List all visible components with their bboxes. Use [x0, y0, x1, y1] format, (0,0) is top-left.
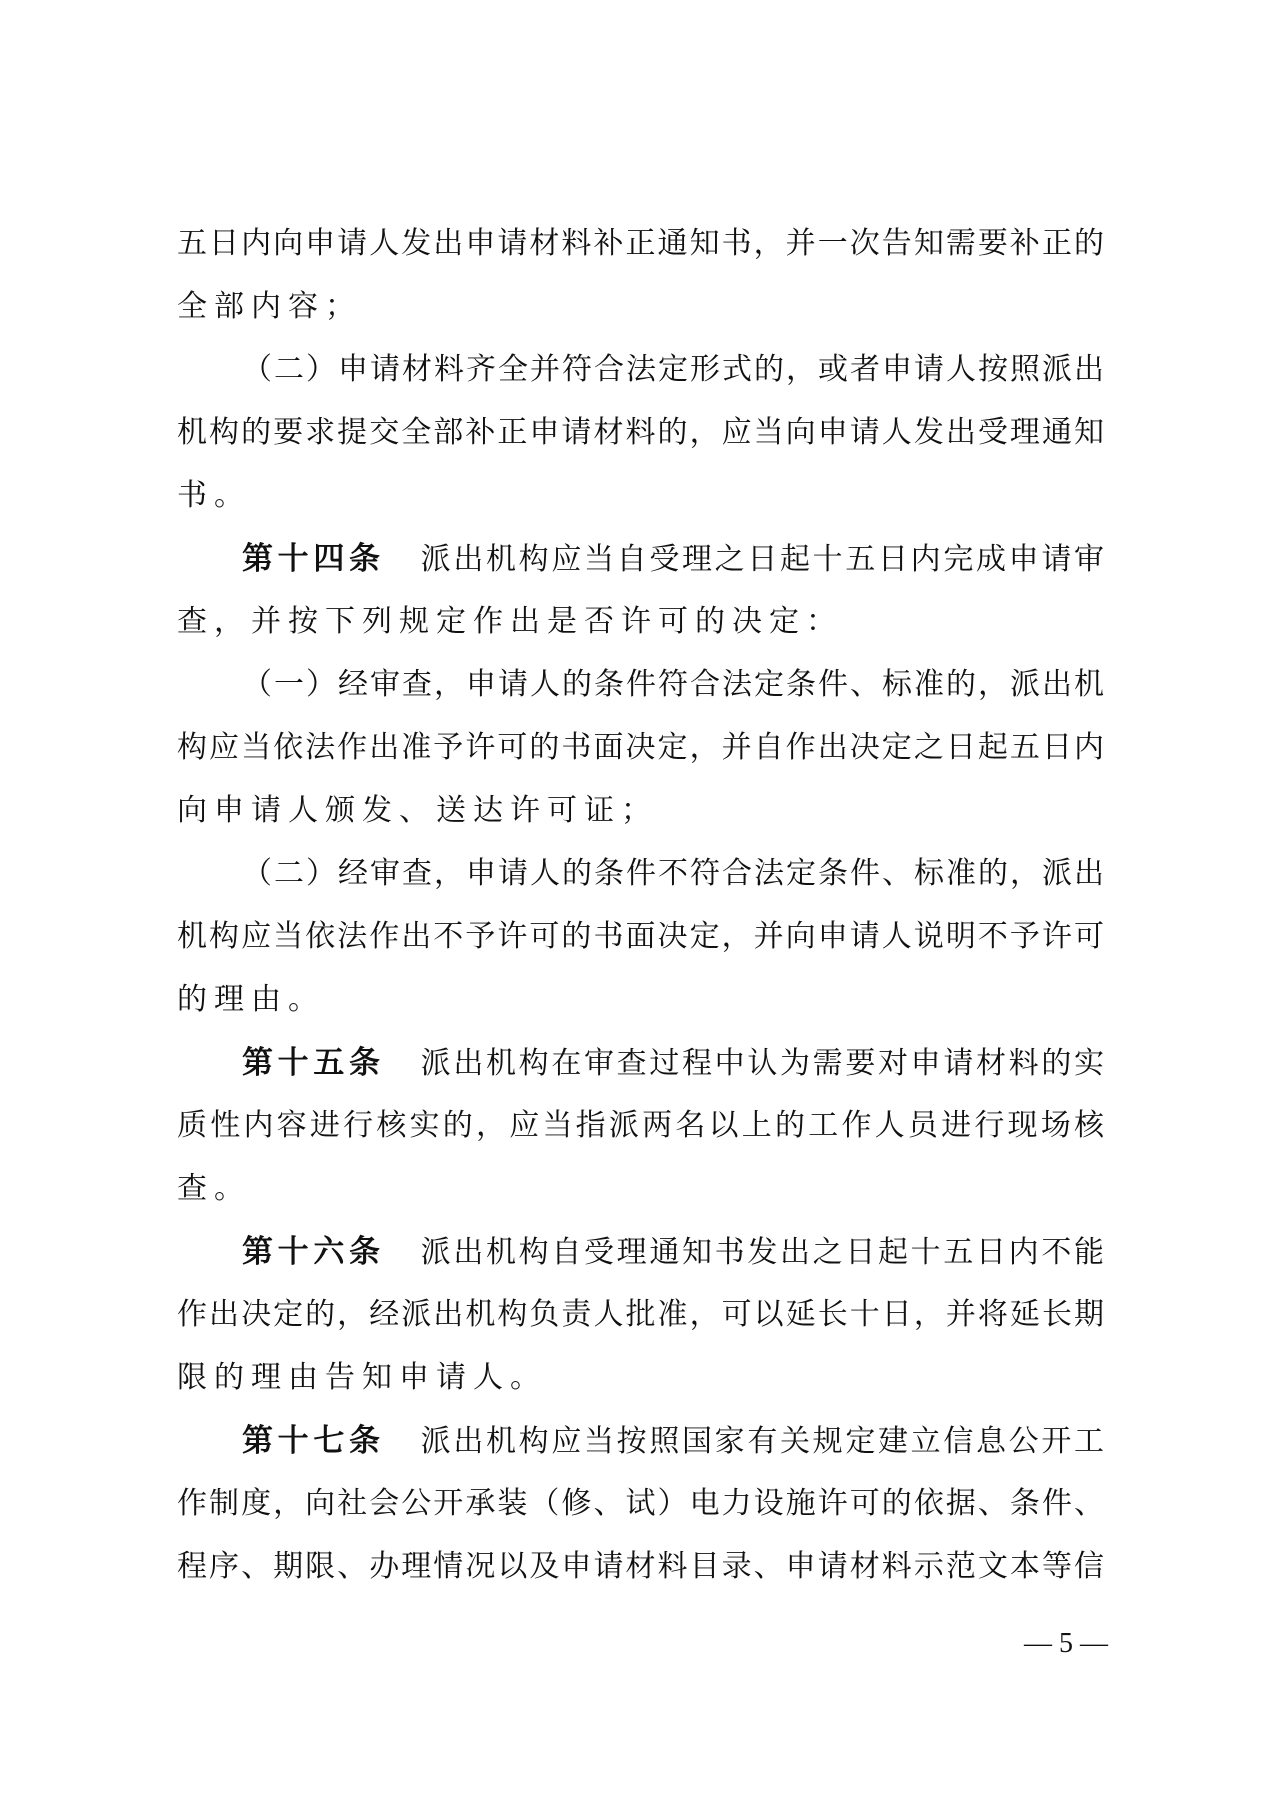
paragraph-line: 机构应当依法作出不予许可的书面决定，并向申请人说明不予许可 — [177, 917, 1104, 957]
article-14-heading: 第十四条 — [242, 541, 385, 577]
article-16-line: 第十六条派出机构自受理通知书发出之日起十五日内不能 — [242, 1232, 1104, 1272]
article-17-line: 第十七条派出机构应当按照国家有关规定建立信息公开工 — [242, 1421, 1104, 1461]
paragraph-line: 查。 — [177, 1169, 1104, 1209]
paragraph-line: 质性内容进行核实的，应当指派两名以上的工作人员进行现场核 — [177, 1106, 1104, 1146]
paragraph-line: 作出决定的，经派出机构负责人批准，可以延长十日，并将延长期 — [177, 1295, 1104, 1335]
paragraph-line: 书。 — [177, 476, 1104, 516]
article-14-text: 派出机构应当自受理之日起十五日内完成申请审 — [421, 542, 1104, 577]
paragraph-line: 五日内向申请人发出申请材料补正通知书，并一次告知需要补正的 — [177, 224, 1104, 264]
clause-item-2-line: （二）经审查，申请人的条件不符合法定条件、标准的，派出 — [242, 854, 1104, 894]
article-17-text: 派出机构应当按照国家有关规定建立信息公开工 — [421, 1424, 1104, 1459]
clause-item-2-line: （二）申请材料齐全并符合法定形式的，或者申请人按照派出 — [242, 350, 1104, 390]
article-15-heading: 第十五条 — [242, 1045, 385, 1081]
paragraph-line: 向申请人颁发、送达许可证； — [177, 791, 1104, 831]
article-15-text: 派出机构在审查过程中认为需要对申请材料的实 — [421, 1046, 1104, 1081]
paragraph-line: 作制度，向社会公开承装（修、试）电力设施许可的依据、条件、 — [177, 1484, 1104, 1524]
page-number: — 5 — — [1012, 1624, 1108, 1664]
paragraph-line: 的理由。 — [177, 980, 1104, 1020]
paragraph-line: 构应当依法作出准予许可的书面决定，并自作出决定之日起五日内 — [177, 728, 1104, 768]
paragraph-line: 全部内容； — [177, 287, 1104, 327]
clause-item-1-line: （一）经审查，申请人的条件符合法定条件、标准的，派出机 — [242, 665, 1104, 705]
article-16-heading: 第十六条 — [242, 1234, 385, 1270]
article-14-line: 第十四条派出机构应当自受理之日起十五日内完成申请审 — [242, 539, 1104, 579]
paragraph-line: 程序、期限、办理情况以及申请材料目录、申请材料示范文本等信 — [177, 1547, 1104, 1587]
paragraph-line: 查，并按下列规定作出是否许可的决定： — [177, 602, 1104, 642]
article-17-heading: 第十七条 — [242, 1423, 385, 1459]
article-15-line: 第十五条派出机构在审查过程中认为需要对申请材料的实 — [242, 1043, 1104, 1083]
document-page: 五日内向申请人发出申请材料补正通知书，并一次告知需要补正的 全部内容； （二）申… — [0, 0, 1280, 1810]
paragraph-line: 限的理由告知申请人。 — [177, 1358, 1104, 1398]
article-16-text: 派出机构自受理通知书发出之日起十五日内不能 — [421, 1235, 1104, 1270]
paragraph-line: 机构的要求提交全部补正申请材料的，应当向申请人发出受理通知 — [177, 413, 1104, 453]
